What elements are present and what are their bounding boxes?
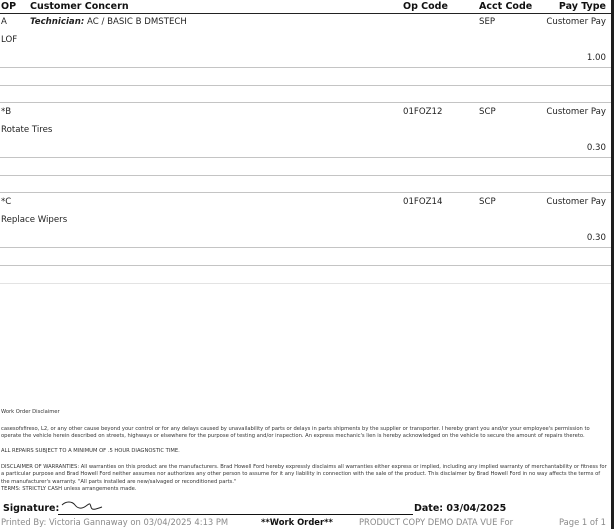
technician-label: Technician:: [30, 17, 84, 27]
header-acct-code: Acct Code: [479, 1, 532, 12]
line-pay-type: Customer Pay: [546, 17, 606, 27]
line-acct-code: SEP: [479, 17, 495, 27]
line-hours: 0.30: [587, 233, 606, 243]
line-hours: 1.00: [587, 53, 606, 63]
line-description: Replace Wipers: [1, 215, 67, 225]
signature-scribble-icon: [60, 500, 105, 512]
line-op: *B: [1, 107, 11, 117]
row-divider: [0, 192, 611, 193]
row-divider: [0, 67, 611, 68]
line-pay-type: Customer Pay: [546, 107, 606, 117]
header-op: OP: [1, 1, 16, 12]
terms-text: TERMS: STRICTLY CASH unless arrangements…: [1, 486, 607, 493]
table-header: OP Customer Concern Op Code Acct Code Pa…: [0, 0, 611, 13]
printed-by: Printed By: Victoria Gannaway on 03/04/2…: [1, 517, 228, 527]
technician-info: Technician: AC / BASIC B DMSTECH: [30, 17, 187, 27]
line-acct-code: SCP: [479, 107, 496, 117]
work-order-page: OP Customer Concern Op Code Acct Code Pa…: [0, 0, 611, 529]
row-divider: [0, 265, 611, 266]
line-acct-code: SCP: [479, 197, 496, 207]
row-divider: [0, 175, 611, 176]
signature-line: [58, 514, 413, 515]
line-description: Rotate Tires: [1, 125, 52, 135]
line-op: A: [1, 17, 7, 27]
page-number: Page 1 of 1: [559, 517, 606, 527]
header-pay-type: Pay Type: [559, 1, 606, 12]
header-op-code: Op Code: [403, 1, 448, 12]
line-op: *C: [1, 197, 11, 207]
product-copy-label: PRODUCT COPY DEMO DATA VUE For: [359, 517, 513, 527]
header-divider: [0, 13, 611, 14]
disclaimer-warranties: DISCLAIMER OF WARRANTIES: All warranties…: [1, 464, 607, 494]
row-divider: [0, 102, 611, 103]
signature-label: Signature:: [3, 503, 59, 514]
signature-date: Date: 03/04/2025: [414, 503, 506, 514]
disclaimer-diagnostic-note: ALL REPAIRS SUBJECT TO A MINIMUM OF .5 H…: [1, 448, 607, 455]
line-description: LOF: [1, 35, 17, 45]
row-divider: [0, 283, 611, 284]
row-divider: [0, 247, 611, 248]
work-order-label: **Work Order**: [261, 517, 333, 527]
disclaimer-title: Work Order Disclaimer: [1, 409, 607, 416]
line-op-code: 01FOZ12: [403, 107, 442, 117]
row-divider: [0, 85, 611, 86]
line-hours: 0.30: [587, 143, 606, 153]
row-divider: [0, 157, 611, 158]
line-pay-type: Customer Pay: [546, 197, 606, 207]
disclaimer-paragraph: casesofsfireso, L2, or any other cause b…: [1, 426, 607, 441]
warranty-text: DISCLAIMER OF WARRANTIES: All warranties…: [1, 464, 607, 486]
technician-value: AC / BASIC B DMSTECH: [84, 17, 187, 27]
line-op-code: 01FOZ14: [403, 197, 442, 207]
header-customer-concern: Customer Concern: [30, 1, 129, 12]
